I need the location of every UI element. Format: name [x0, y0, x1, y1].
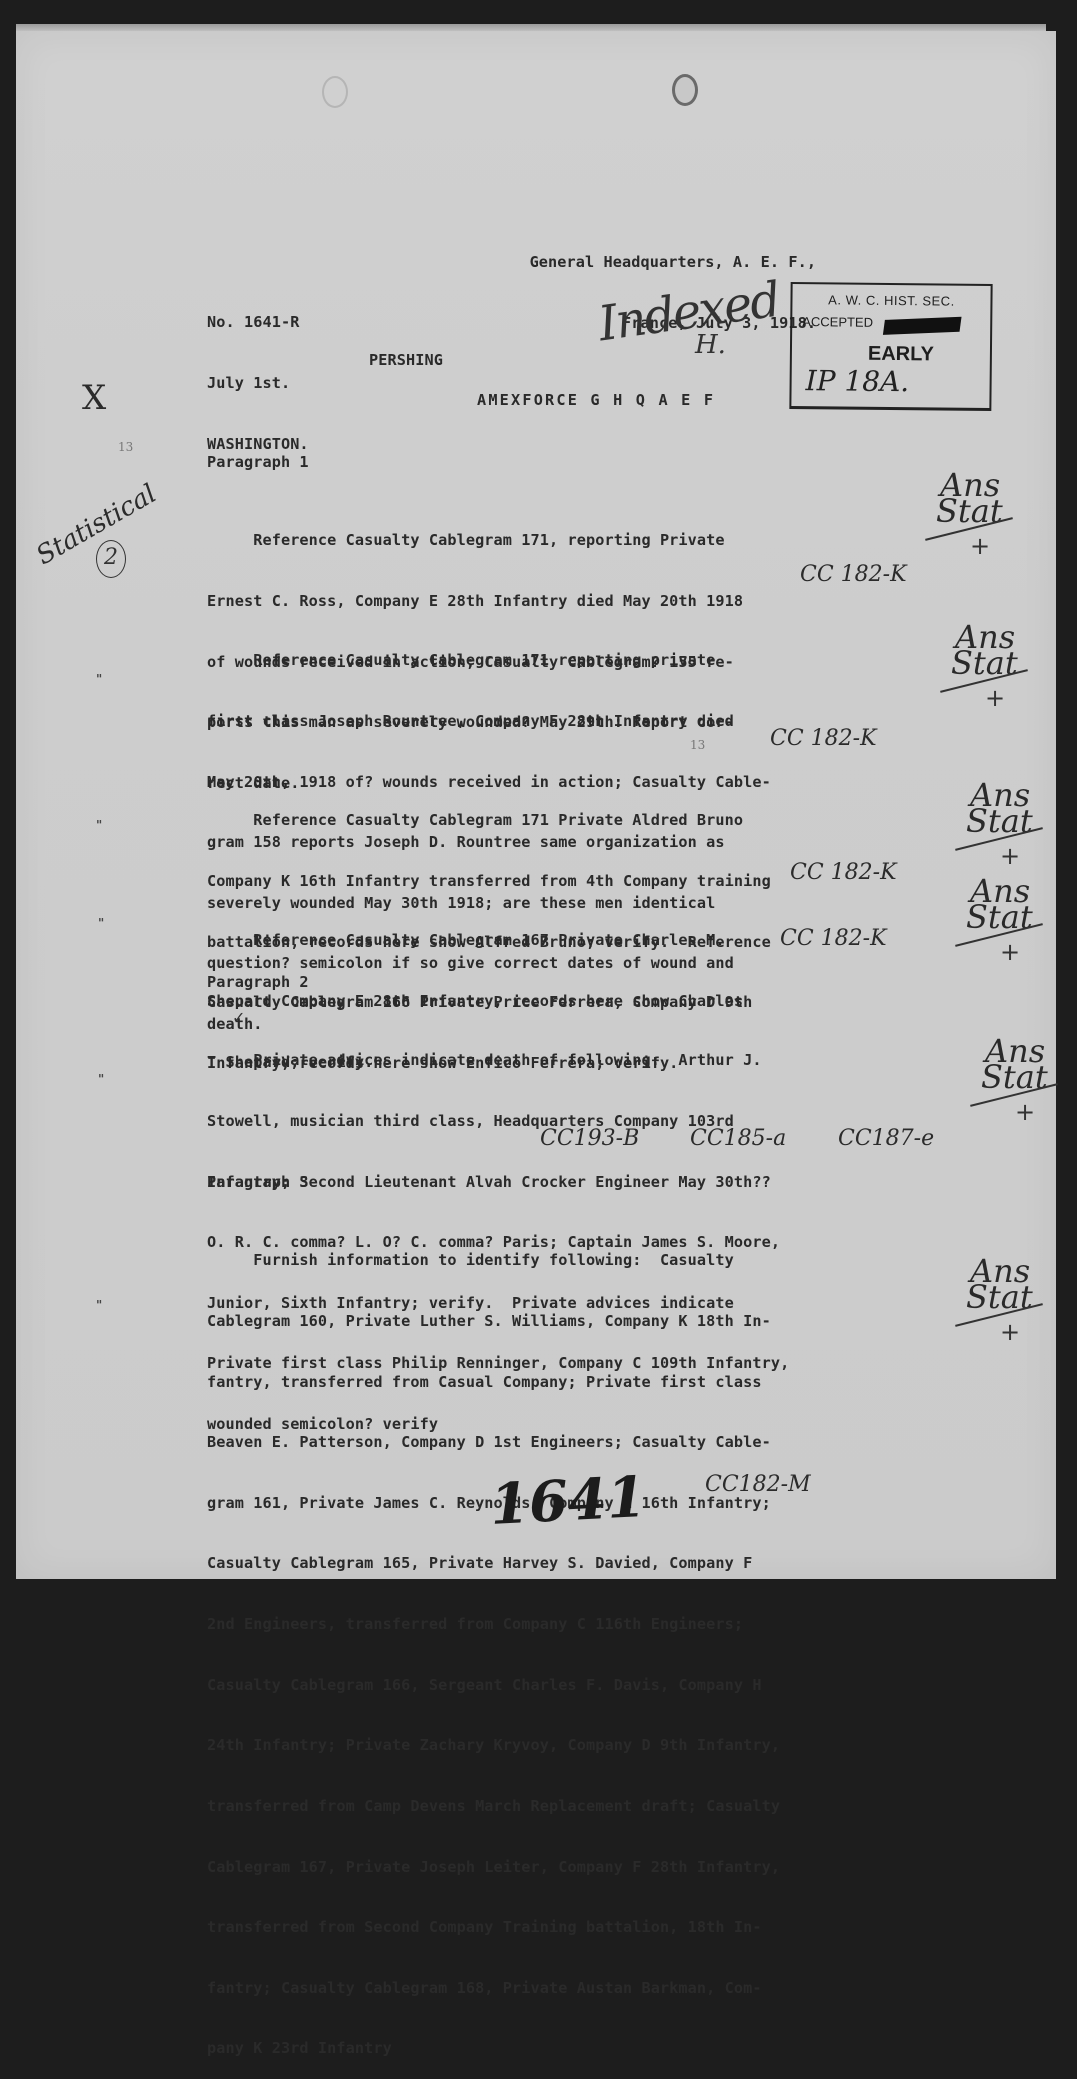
cc-note: CC 182-K — [800, 562, 907, 587]
addressee: PERSHING — [369, 350, 443, 370]
stamp-handwritten-code: IP 18A. — [805, 364, 909, 398]
cc-note: CC193-B — [540, 1126, 639, 1151]
punch-hole-right — [672, 74, 698, 106]
text-line: Reference Casualty Cablegram 171 Private… — [207, 810, 771, 830]
stamp-title: A. W. C. HIST. SEC. — [792, 292, 990, 309]
ans-stat-annotation: Ans Stat + — [960, 876, 1050, 956]
plus-mark: + — [1000, 1318, 1020, 1346]
file-number: 1641 — [488, 1464, 647, 1538]
text-line: Furnish information to identify followin… — [207, 1250, 780, 1270]
archive-stamp: A. W. C. HIST. SEC. ACCEPTED EARLY IP 18… — [789, 282, 992, 411]
text-line: Company K 16th Infantry transferred from… — [207, 871, 771, 891]
text-line: Casualty Cablegram 165, Private Harvey S… — [207, 1553, 780, 1573]
punch-hole-left — [322, 76, 348, 108]
ditto-mark: " — [98, 1072, 104, 1086]
cc-note: CC187-e — [838, 1126, 934, 1151]
cc-note: CC 182-K — [780, 926, 887, 951]
plus-mark: + — [985, 684, 1005, 712]
text-line: Reference Casualty Cablegram 167 Private… — [207, 930, 743, 950]
stamp-redaction — [883, 317, 962, 335]
ans-stat-annotation: Ans Stat + — [960, 1256, 1050, 1336]
ans-stat-annotation: Ans Stat + — [930, 470, 1020, 550]
text-line: Private advices indicate death of follow… — [207, 1050, 789, 1070]
paragraph-3-heading: Paragraph 3 — [207, 1172, 309, 1192]
stamp-early: EARLY — [792, 342, 990, 367]
signature-initial: H. — [695, 330, 726, 360]
ditto-mark: " — [96, 818, 102, 832]
ans-stat-annotation: Ans Stat + — [960, 780, 1050, 860]
circled-number: 2 — [96, 540, 126, 578]
plus-mark: + — [1000, 842, 1020, 870]
cable-destination: WASHINGTON. — [207, 434, 309, 454]
paragraph-1-heading: Paragraph 1 — [207, 452, 309, 472]
cable-date: July 1st. — [207, 373, 309, 393]
ans-stat-annotation: Ans Stat + — [975, 1036, 1065, 1116]
letterhead-line-1: General Headquarters, A. E. F., — [512, 252, 816, 272]
plus-mark: + — [1015, 1098, 1035, 1126]
text-line: Shepard Company E 28th Infantry, records… — [207, 991, 743, 1011]
sender: AMEXFORCE G H Q A E F — [477, 390, 715, 410]
text-line: first class Joseph Rountree, Company F 2… — [207, 711, 771, 731]
cc-note: CC 182-K — [790, 860, 897, 885]
cc-note: CC185-a — [690, 1126, 786, 1151]
cc-note: CC 182-K — [770, 726, 877, 751]
text-line: Cablegram 160, Private Luther S. William… — [207, 1311, 780, 1331]
cable-reference: No. 1641-R July 1st. WASHINGTON. — [207, 272, 309, 474]
page-mark: 13 — [118, 440, 133, 454]
plus-mark: + — [1000, 938, 1020, 966]
text-line: Ernest C. Ross, Company E 28th Infantry … — [207, 591, 743, 611]
ditto-mark: " — [96, 1298, 102, 1312]
text-line: Beaven E. Patterson, Company D 1st Engin… — [207, 1432, 780, 1452]
text-line: Reference Casualty Cablegram 171 reporti… — [207, 650, 771, 670]
text-line: Reference Casualty Cablegram 171, report… — [207, 530, 743, 550]
paragraph-2-heading: Paragraph 2 — [207, 972, 309, 992]
cc-note: CC182-M — [705, 1472, 811, 1497]
paragraph-3-block-1: Furnish information to identify followin… — [207, 1210, 780, 1600]
cross-mark: X — [82, 378, 106, 418]
text-line: fantry, transferred from Casual Company;… — [207, 1372, 780, 1392]
cable-number: No. 1641-R — [207, 312, 309, 332]
ditto-mark: " — [96, 672, 102, 686]
plus-mark: + — [970, 532, 990, 560]
ans-stat-annotation: Ans Stat + — [945, 622, 1035, 702]
ditto-mark: " — [98, 916, 104, 930]
